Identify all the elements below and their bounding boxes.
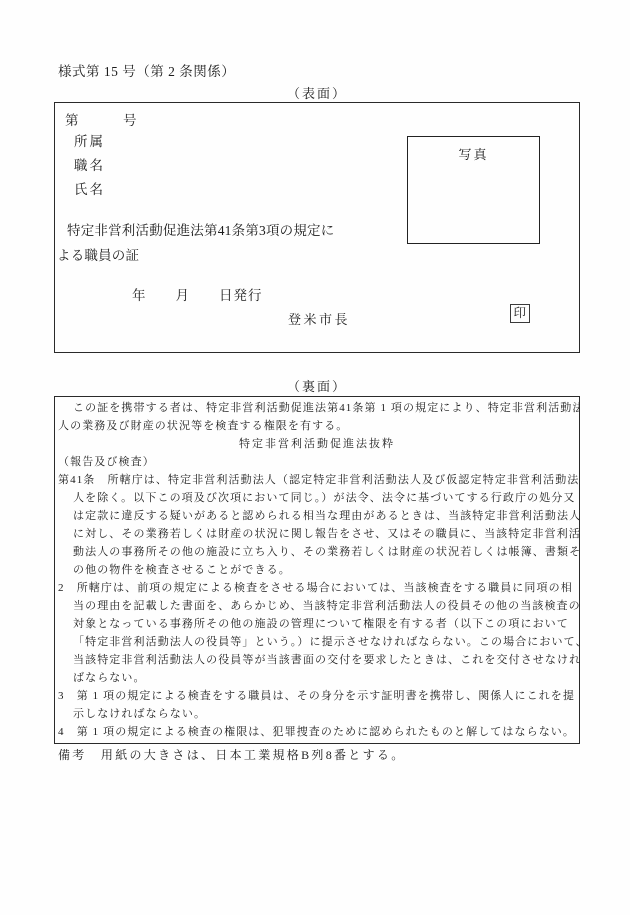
paper-size-note: 備考 用紙の大きさは、日本工業規格B列8番とする。 bbox=[58, 746, 406, 763]
back-text-line: の他の物件を検査させることができる。 bbox=[57, 561, 577, 579]
form-page: 様式第 15 号（第 2 条関係） （表面） 第 号 所属職名氏名 写真 特定非… bbox=[0, 0, 630, 915]
back-text-line: 人を除く。以下この項及び次項において同じ。）が法令、法令に基づいてする行政庁の処… bbox=[57, 489, 577, 507]
front-card: 第 号 所属職名氏名 写真 特定非営利活動促進法第41条第3項の規定に よる職員… bbox=[54, 102, 580, 353]
seal-mark: 印 bbox=[510, 304, 530, 323]
front-side-label: （表面） bbox=[54, 83, 580, 102]
issuer-name: 登米市長 bbox=[288, 309, 350, 328]
page-title: 様式第 15 号（第 2 条関係） bbox=[58, 60, 235, 80]
back-side-label: （裏面） bbox=[54, 376, 580, 395]
back-text-line: 「特定非営利活動法人の役員等」という。）に提示させなければならない。この場合にお… bbox=[57, 633, 577, 651]
photo-box: 写真 bbox=[407, 136, 540, 244]
back-text-line: 対象となっている事務所その他の施設の管理について権限を有する者（以下この項におい… bbox=[57, 615, 577, 633]
back-text-line: 2 所轄庁は、前項の規定による検査をさせる場合においては、当該検査をする職員に同… bbox=[57, 579, 577, 597]
back-text-line: 特定非営利活動促進法抜粋 bbox=[57, 435, 577, 453]
issue-date-line: 年 月 日発行 bbox=[132, 284, 263, 304]
law-title-line-1: 特定非営利活動促進法第41条第3項の規定に bbox=[67, 219, 334, 239]
back-text-line: この証を携帯する者は、特定非営利活動促進法第41条第 1 項の規定により、特定非… bbox=[57, 399, 577, 417]
field-row: 所属 bbox=[74, 130, 105, 154]
photo-label: 写真 bbox=[458, 144, 488, 163]
back-text-line: 動法人の事務所その他の施設に立ち入り、その業務若しくは財産の状況若しくは帳簿、書… bbox=[57, 543, 577, 561]
back-text-line: 当該特定非営利活動法人の役員等が当該書面の交付を要求したときは、これを交付させな… bbox=[57, 651, 577, 669]
back-text-line: ばならない。 bbox=[57, 669, 577, 687]
back-text-line: 第41条 所轄庁は、特定非営利活動法人（認定特定非営利活動法人及び仮認定特定非営… bbox=[57, 471, 577, 489]
back-text-line: 人の業務及び財産の状況等を検査する権限を有する。 bbox=[57, 417, 577, 435]
law-title-line-2: よる職員の証 bbox=[57, 244, 139, 264]
back-text-line: は定款に違反する疑いがあると認められる相当な理由があるときは、当該特定非営利活動… bbox=[57, 507, 577, 525]
back-text-line: （報告及び検査） bbox=[57, 453, 577, 471]
back-card: この証を携帯する者は、特定非営利活動促進法第41条第 1 項の規定により、特定非… bbox=[54, 396, 580, 744]
back-text-line: に対し、その業務若しくは財産の状況に関し報告をさせ、又はその職員に、当該特定非営… bbox=[57, 525, 577, 543]
field-row: 職名 bbox=[74, 154, 105, 178]
back-text-line: 4 第 1 項の規定による検査の権限は、犯罪捜査のために認められたものと解しては… bbox=[57, 723, 577, 741]
back-text-line: 3 第 1 項の規定による検査をする職員は、その身分を示す証明書を携帯し、関係人… bbox=[57, 687, 577, 705]
card-number-line: 第 号 bbox=[65, 109, 138, 129]
back-text-line: 当の理由を記載した書面を、あらかじめ、当該特定非営利活動法人の役員その他の当該検… bbox=[57, 597, 577, 615]
back-text-line: 示しなければならない。 bbox=[57, 705, 577, 723]
front-fields: 所属職名氏名 bbox=[74, 130, 105, 202]
field-row: 氏名 bbox=[74, 178, 105, 202]
